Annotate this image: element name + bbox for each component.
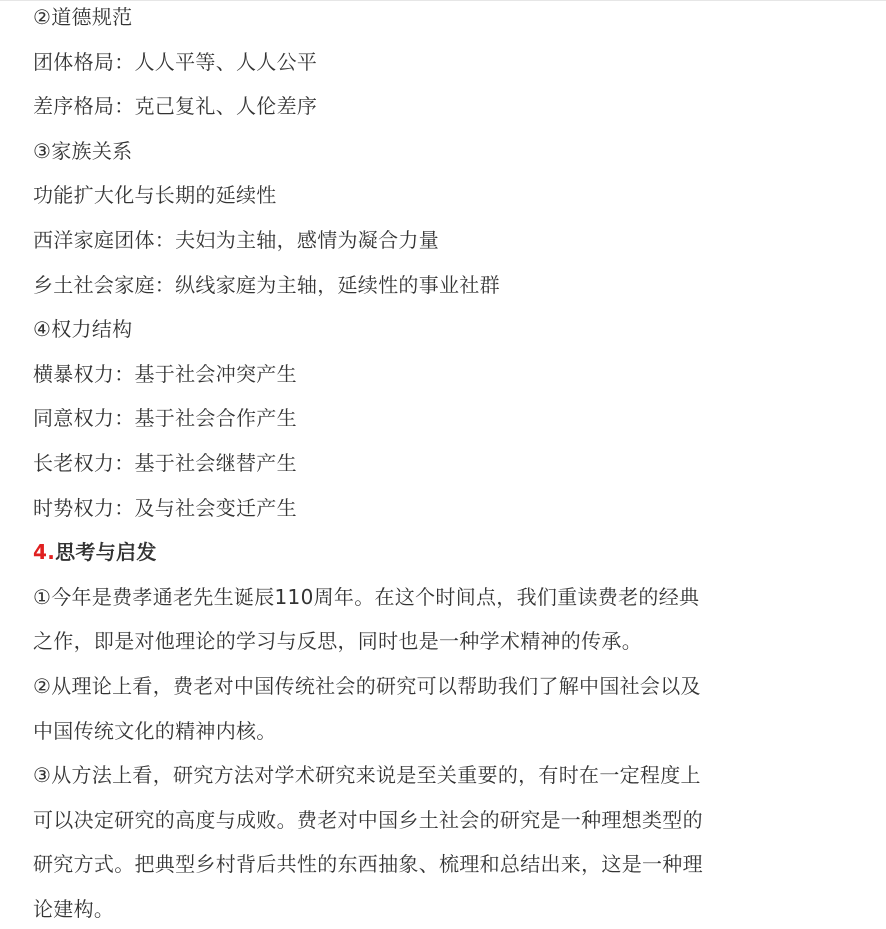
paragraph-line: 中国传统文化的精神内核。 (33, 709, 853, 754)
list-item: 长老权力：基于社会继替产生 (33, 441, 853, 486)
list-item: 西洋家庭团体：夫妇为主轴，感情为凝合力量 (33, 218, 853, 263)
list-item: 时势权力：及与社会变迁产生 (33, 486, 853, 531)
list-item: 差序格局：克己复礼、人伦差序 (33, 84, 853, 129)
paragraph-line: ③从方法上看，研究方法对学术研究来说是至关重要的，有时在一定程度上 (33, 753, 853, 798)
paragraph-line: ②从理论上看，费老对中国传统社会的研究可以帮助我们了解中国社会以及 (33, 664, 853, 709)
paragraph-theory: ②从理论上看，费老对中国传统社会的研究可以帮助我们了解中国社会以及 中国传统文化… (33, 664, 853, 753)
list-item: 团体格局：人人平等、人人公平 (33, 40, 853, 85)
list-item: 同意权力：基于社会合作产生 (33, 396, 853, 441)
paragraph-method: ③从方法上看，研究方法对学术研究来说是至关重要的，有时在一定程度上 可以决定研究… (33, 753, 853, 929)
section-number: 4. (33, 540, 55, 564)
section-heading-reflection: 4.思考与启发 (33, 530, 853, 575)
subsection-title-family-relations: ③家族关系 (33, 129, 853, 174)
paragraph-line: 可以决定研究的高度与成败。费老对中国乡土社会的研究是一种理想类型的 (33, 798, 853, 843)
article-body: ②道德规范 团体格局：人人平等、人人公平 差序格局：克己复礼、人伦差序 ③家族关… (33, 0, 853, 929)
paragraph-line: 研究方式。把典型乡村背后共性的东西抽象、梳理和总结出来，这是一种理 (33, 842, 853, 887)
list-item: 横暴权力：基于社会冲突产生 (33, 352, 853, 397)
paragraph-line: ①今年是费孝通老先生诞辰110周年。在这个时间点，我们重读费老的经典 (33, 575, 853, 620)
list-item: 乡土社会家庭：纵线家庭为主轴，延续性的事业社群 (33, 263, 853, 308)
list-item: 功能扩大化与长期的延续性 (33, 173, 853, 218)
paragraph-anniversary: ①今年是费孝通老先生诞辰110周年。在这个时间点，我们重读费老的经典 之作，即是… (33, 575, 853, 664)
paragraph-line: 论建构。 (33, 887, 853, 929)
paragraph-line: 之作，即是对他理论的学习与反思，同时也是一种学术精神的传承。 (33, 619, 853, 664)
subsection-title-moral-norms: ②道德规范 (33, 0, 853, 40)
subsection-title-power-structure: ④权力结构 (33, 307, 853, 352)
section-heading-text: 思考与启发 (55, 540, 157, 564)
